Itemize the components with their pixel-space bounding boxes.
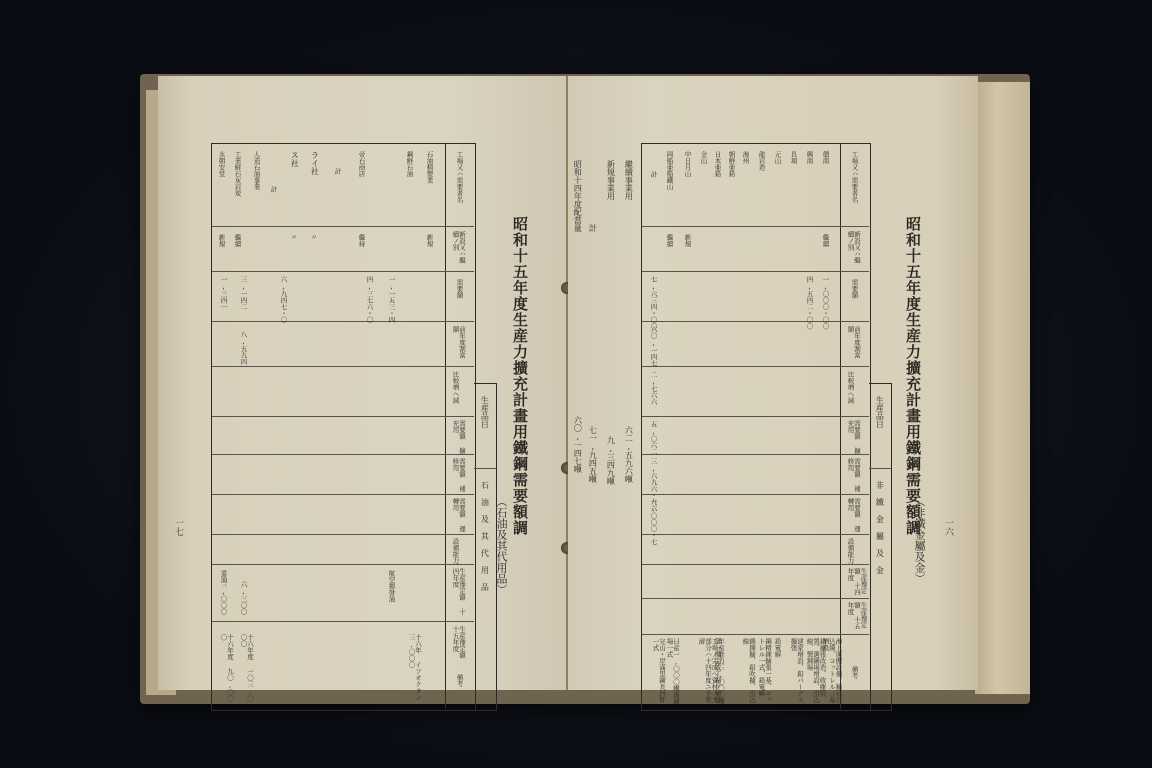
- row-name: 永朝安堂: [218, 151, 225, 221]
- row-type: 新規: [218, 234, 225, 247]
- note: 十六年度 一〇三,〇〇〇: [240, 634, 253, 704]
- row-type: 〃: [290, 234, 297, 241]
- note: 十六年 イソオクタン 三,〇〇〇: [408, 634, 421, 704]
- row-type: 繼持: [358, 234, 365, 247]
- summary-label: 新規事業用: [606, 160, 614, 200]
- cell-value: 六,三〇〇: [240, 581, 247, 615]
- col-header-notes: 備考: [456, 674, 463, 687]
- col-header-expansion: 需要額 擴充用: [847, 420, 860, 454]
- note: 重油: [220, 570, 227, 583]
- col-header-operation: 需要額 運轉用: [452, 498, 465, 532]
- page-edges-right: [975, 82, 1030, 694]
- right-page-subtitle: （非鐵金屬及金）: [911, 496, 927, 584]
- col-header-operation: 需要額 運轉用: [847, 498, 860, 532]
- col-header-prev-alloc: 前年度割當額: [452, 326, 465, 364]
- right-page-title: 昭和十五年度生産力擴充計畫用鐵鋼需要額調: [903, 216, 924, 536]
- cell-value: 一,〇〇〇・〇〇: [822, 276, 829, 330]
- row-name: 海州: [742, 151, 749, 221]
- col-header-expansion: 需要額 擴充用: [452, 420, 465, 454]
- col-header-name: 工場又ハ需要者名: [851, 151, 858, 203]
- summary-label: 計: [588, 224, 596, 232]
- note: 航空揮發油: [388, 570, 395, 603]
- side-header-label: 生産品目: [480, 396, 488, 428]
- cell-value: 一,三四一: [220, 276, 227, 310]
- cell-value: 五,〇六二: [650, 421, 657, 455]
- row-name: ライ社: [310, 151, 318, 221]
- col-header-repair: 需要額 補修用: [847, 458, 860, 492]
- row-name: 金山: [700, 151, 707, 221]
- row-type: 〃: [310, 234, 317, 241]
- cell-value: 三,一四二: [240, 276, 247, 310]
- cell-value: 四,五四二・〇〇: [806, 276, 813, 330]
- col-header-prod-15: 生産豫定額 十五年度: [452, 626, 465, 666]
- remark: 錫錬擴、鉛吹擴、引込線: [742, 638, 755, 706]
- remark: 建家增設、鉛パークス擴張: [790, 638, 803, 706]
- col-header-capacity: 設備能力: [847, 538, 854, 564]
- remark: 完山・岸滿里鑛長四軒一式: [652, 638, 665, 706]
- col-header-prod-14: 生産豫定額 十四年度: [452, 568, 465, 620]
- left-page-number: 一七: [172, 518, 185, 536]
- side-header-label: 生産品目: [875, 396, 883, 428]
- row-type: 繼續: [666, 234, 673, 247]
- summary-label: 昭和十四年度配當量: [573, 160, 581, 232]
- cell-value: 二,七六六: [650, 371, 657, 405]
- row-type: 新規: [684, 234, 691, 247]
- remark: 鉛擴張改造、收塵装置、選鑛場增設、引込線、製錬場: [806, 638, 826, 706]
- col-header-type: 新設又ハ繼續ノ別: [452, 231, 465, 269]
- cell-value: 八,五九四: [240, 331, 247, 365]
- summary-label: 繼續事業用: [624, 160, 632, 200]
- row-type: 繼續: [234, 234, 241, 247]
- col-header-notes: 備考: [851, 666, 858, 679]
- cell-value: 六〇,一四七: [650, 326, 657, 367]
- col-header-repair: 需要額 補修用: [452, 458, 465, 492]
- right-page-number: 一六: [942, 518, 955, 536]
- row-name: 朝鮮亜鉛: [728, 151, 735, 221]
- row-name: 龍岩造: [758, 151, 765, 221]
- row-name: 石油精製業: [426, 151, 433, 221]
- col-header-prod-14: 生産豫定額 十四年度: [847, 568, 867, 598]
- remark: 年産能力三,〇〇〇噸工場ノ完成ヘ資材ノ大部分ハ十四年度ニ手當濟: [698, 638, 724, 706]
- cell-value: 六,九四七・〇: [280, 276, 287, 323]
- row-name: 計: [650, 171, 657, 178]
- col-header-compare: 比較増ヘ減: [847, 371, 854, 411]
- cell-value: 四,三七六・〇: [366, 276, 373, 323]
- row-name: 元山: [774, 151, 781, 221]
- side-header-value: 非鐵金屬及金: [875, 481, 883, 583]
- left-page: 昭和十五年度生産力擴充計畫用鐵鋼需要額調 （石油及其代用品） 一七 生産品目 石…: [158, 76, 568, 690]
- note: 十六年度 九〇,〇〇〇: [220, 634, 233, 704]
- row-name: 工業鮮石灰岩炭: [234, 151, 241, 221]
- row-type: 繼續: [822, 234, 829, 247]
- col-header-demand: 需要額: [851, 279, 858, 299]
- cell-value: 一,一五三・四: [388, 276, 395, 323]
- row-name: 計: [334, 168, 341, 175]
- col-header-prev-alloc: 前年度割當額: [847, 326, 860, 364]
- col-header-name: 工場又ハ需要者名: [456, 151, 463, 203]
- summary-value: 六〇,一四七噸: [573, 416, 581, 473]
- col-header-capacity: 設備能力: [452, 538, 459, 564]
- right-data-table: [641, 143, 871, 711]
- row-name: 計: [270, 186, 277, 193]
- right-page: 昭和十五年度生産力擴充計畫用鐵鋼需要額調 （非鐵金屬及金） 一六 繼續事業用 新…: [568, 76, 978, 690]
- remark: 日産一,〇〇〇噸選鑛場一式: [666, 638, 679, 706]
- remark: 鋼精錬擴張一基、コットレル一式、鉛電解: [758, 638, 771, 706]
- row-type: 新規: [426, 234, 433, 247]
- row-name: 日本亜鉛: [714, 151, 721, 221]
- summary-value: 九,三四九噸: [606, 436, 614, 485]
- row-name: 岡船亜船鐵山: [666, 151, 673, 221]
- cell-value: 三,〇〇〇: [220, 581, 227, 615]
- left-page-title: 昭和十五年度生産力擴充計畫用鐵鋼需要額調: [510, 216, 531, 536]
- row-name: ス社: [290, 151, 298, 221]
- cell-value: 一,〇〇〇・七: [650, 498, 657, 545]
- row-name: 興南: [806, 151, 813, 221]
- col-header-prod-15: 生産豫定額 十五年度: [847, 602, 867, 632]
- row-name: 鋼鮮石油: [406, 151, 413, 221]
- cell-value: 七,六三四・〇〇: [650, 276, 657, 330]
- row-name: 長項: [790, 151, 797, 221]
- remark: 鉛電解: [774, 638, 781, 706]
- col-header-compare: 比較増ヘ減: [452, 371, 459, 411]
- row-name: 帝石商店: [358, 151, 365, 221]
- left-data-table: [211, 143, 476, 711]
- summary-value: 七一,九四五噸: [588, 426, 596, 483]
- summary-value: 六二,五九六噸: [624, 426, 632, 483]
- col-header-type: 新設又ハ繼續ノ別: [847, 231, 860, 269]
- col-header-demand: 需要額: [456, 279, 463, 299]
- side-header-value: 石油及其代用品: [480, 481, 488, 600]
- row-name: 中日月山: [684, 151, 691, 221]
- row-name: 人造石油事業: [253, 151, 260, 221]
- row-name: 價南: [822, 151, 829, 221]
